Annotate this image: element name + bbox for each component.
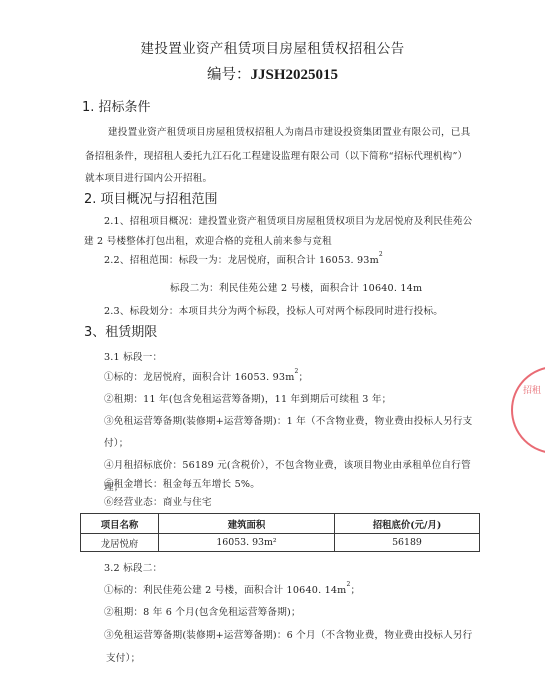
announcement-page: 建投置业资产租赁项目房屋租赁权招租公告 编号：JJSH2025015 1. 招标… <box>0 0 545 678</box>
superscript: 2 <box>346 581 350 588</box>
table-cell: 16053. 93m² <box>159 534 335 552</box>
document-code: 编号：JJSH2025015 <box>0 63 545 84</box>
section-1-line: 就本项目进行国内公开招租。 <box>85 170 212 184</box>
table-cell: 龙居悦府 <box>81 534 159 552</box>
document-title: 建投置业资产租赁项目房屋租赁权招租公告 <box>0 37 545 57</box>
lot-2-item-tail: ； <box>351 585 361 596</box>
lot-1-item: ①标的：龙居悦府，面积合计 16053. 93m2； <box>104 369 308 383</box>
lot-1-item: 付）； <box>104 435 129 449</box>
lot-1-table: 项目名称 建筑面积 招租底价(元/月) 龙居悦府 16053. 93m² 561… <box>80 513 480 552</box>
lot-1-item-tail: ； <box>299 372 309 383</box>
lot-2-item: ③免租运营筹备期(装修期+运营筹备期)：6 个月（不含物业费，物业费由投标人另行 <box>104 627 472 641</box>
table-cell: 56189 <box>335 534 480 552</box>
lot-2-label: 3.2 标段二： <box>104 560 162 574</box>
section-1-line: 备招租条件，现招租人委托九江石化工程建设监理有限公司（以下简称“招标代理机构”） <box>85 148 467 162</box>
red-seal-stamp <box>511 366 545 454</box>
lot-2-item: ②租期：8 年 6 个月(包含免租运营筹备期)； <box>104 604 301 618</box>
section-1-line: 建投置业资产租赁项目房屋租赁权招租人为南昌市建设投资集团置业有限公司，已具 <box>108 124 470 138</box>
lot-1-item: ③免租运营筹备期(装修期+运营筹备期)：1 年（不含物业费，物业费由投标人另行支 <box>104 413 472 427</box>
table-header: 项目名称 <box>81 514 159 534</box>
lot-2-item-text: ①标的：利民佳苑公建 2 号楼，面积合计 10640. 14m <box>104 585 346 596</box>
section-3-heading: 3、租赁期限 <box>84 321 157 340</box>
lot-1-item: ⑤租金增长：租金每五年增长 5%。 <box>104 476 260 490</box>
item-2-2-lot2: 标段二为：利民佳苑公建 2 号楼，面积合计 10640. 14m <box>170 280 422 294</box>
superscript: 2 <box>379 251 383 258</box>
table-header: 建筑面积 <box>159 514 335 534</box>
lot-1-item: ⑥经营业态：商业与住宅 <box>104 494 212 508</box>
item-2-2-lot1-text: 2.2、招租范围：标段一为：龙居悦府，面积合计 16053. 93m <box>104 255 379 266</box>
lot-1-item: ④月租招标底价：56189 元(含税价），不包含物业费，该项目物业由承租单位自行… <box>104 457 471 471</box>
lot-2-item: 支付）； <box>106 650 140 664</box>
lot-1-label: 3.1 标段一： <box>104 349 162 363</box>
table-header: 招租底价(元/月) <box>335 514 480 534</box>
item-2-1-line: 建 2 号楼整体打包出租，欢迎合格的竞租人前来参与竞租 <box>84 233 332 247</box>
section-1-heading: 1. 招标条件 <box>82 96 151 115</box>
seal-text: 招租 <box>523 385 543 397</box>
item-2-3: 2.3、标段划分：本项目共分为两个标段，投标人可对两个标段同时进行投标。 <box>104 303 443 317</box>
item-2-2-lot1: 2.2、招租范围：标段一为：龙居悦府，面积合计 16053. 93m2 <box>104 252 383 266</box>
item-2-1-line: 2.1、招租项目概况：建投置业资产租赁项目房屋租赁权项目为龙居悦府及利民佳苑公 <box>104 213 472 227</box>
section-2-heading: 2. 项目概况与招租范围 <box>84 188 218 207</box>
lot-1-item: ②租期：11 年(包含免租运营筹备期)，11 年到期后可续租 3 年； <box>104 391 391 405</box>
code-value: JJSH2025015 <box>250 67 338 83</box>
table-row: 龙居悦府 16053. 93m² 56189 <box>81 534 480 552</box>
lot-1-item-text: ①标的：龙居悦府，面积合计 16053. 93m <box>104 372 295 383</box>
table-header-row: 项目名称 建筑面积 招租底价(元/月) <box>81 514 480 534</box>
code-label: 编号： <box>207 67 251 83</box>
lot-2-item: ①标的：利民佳苑公建 2 号楼，面积合计 10640. 14m2； <box>104 582 360 596</box>
superscript: 2 <box>295 368 299 375</box>
